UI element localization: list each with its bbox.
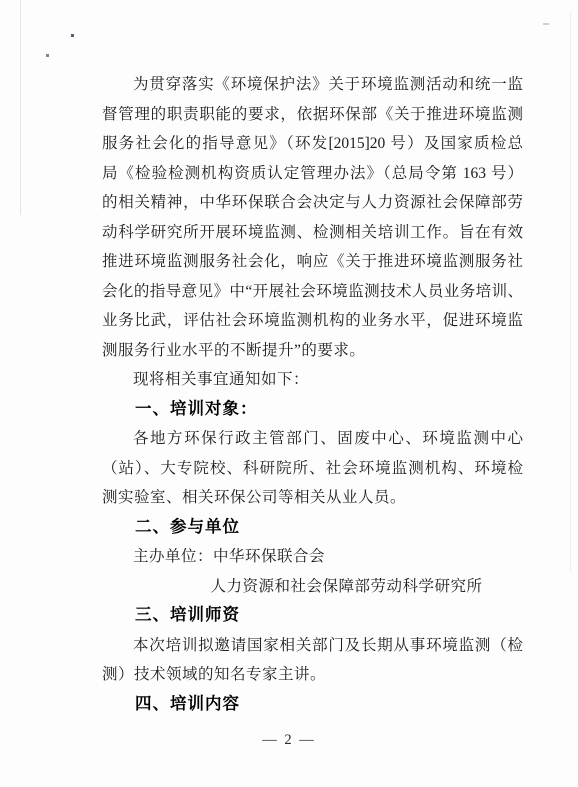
scanned-document-page: 为贯穿落实《环境保护法》关于环境监测活动和统一监督管理的职责职能的要求，依据环保… xyxy=(0,0,578,787)
text-line: 为贯穿落实《环境保护法》关于环境监测活动和统一监 xyxy=(102,70,523,100)
text-line: 服务社会化的指导意见》（环发[2015]20 号）及国家质检总 xyxy=(102,129,523,159)
text-line: 人力资源和社会保障部劳动科学研究所 xyxy=(102,572,523,602)
section-heading: 四、培训内容 xyxy=(102,690,523,720)
scan-speck xyxy=(543,23,549,25)
scan-edge-line-left xyxy=(20,0,21,215)
text-line: 本次培训拟邀请国家相关部门及长期从事环境监测（检 xyxy=(102,631,523,661)
document-lines: 为贯穿落实《环境保护法》关于环境监测活动和统一监督管理的职责职能的要求，依据环保… xyxy=(102,70,523,719)
text-line: 督管理的职责职能的要求，依据环保部《关于推进环境监测 xyxy=(102,100,523,130)
text-line: 现将相关事宜通知如下： xyxy=(102,365,523,395)
text-line: 测服务行业水平的不断提升”的要求。 xyxy=(102,336,523,366)
scan-edge-line-right xyxy=(570,12,571,572)
scan-speck xyxy=(71,34,74,37)
text-line: 的相关精神，中华环保联合会决定与人力资源社会保障部劳 xyxy=(102,188,523,218)
text-line: 会化的指导意见》中“开展社会环境监测技术人员业务培训、 xyxy=(102,277,523,307)
text-line: 测）技术领域的知名专家主讲。 xyxy=(102,660,523,690)
text-line: 主办单位：中华环保联合会 xyxy=(102,542,523,572)
text-line: 测实验室、相关环保公司等相关从业人员。 xyxy=(102,483,523,513)
section-heading: 三、培训师资 xyxy=(102,601,523,631)
text-line: （站）、大专院校、科研院所、社会环境监测机构、环境检 xyxy=(102,454,523,484)
text-line: 推进环境监测服务社会化，响应《关于推进环境监测服务社 xyxy=(102,247,523,277)
page-number: — 2 — xyxy=(0,732,578,749)
text-line: 动科学研究所开展环境监测、检测相关培训工作。旨在有效 xyxy=(102,218,523,248)
scan-speck xyxy=(46,54,49,57)
section-heading: 二、参与单位 xyxy=(102,513,523,543)
text-line: 业务比武，评估社会环境监测机构的业务水平，促进环境监 xyxy=(102,306,523,336)
text-line: 局《检验检测机构资质认定管理办法》（总局令第 163 号） xyxy=(102,159,523,189)
section-heading: 一、培训对象： xyxy=(102,395,523,425)
text-line: 各地方环保行政主管部门、固废中心、环境监测中心 xyxy=(102,424,523,454)
